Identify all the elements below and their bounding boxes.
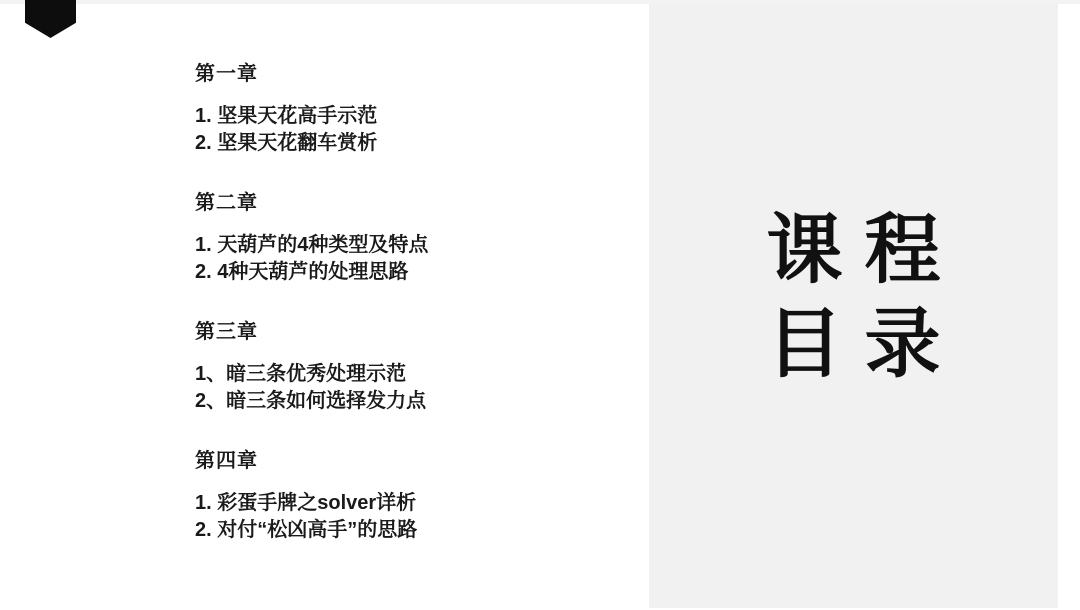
toc-item: 1、暗三条优秀处理示范 [195, 361, 428, 388]
toc-item: 2. 对付“松凶高手”的思路 [195, 517, 428, 544]
toc-section-chapter-3: 第三章 1、暗三条优秀处理示范 2、暗三条如何选择发力点 [195, 321, 428, 415]
toc-item: 1. 彩蛋手牌之solver详析 [195, 490, 428, 517]
bookmark-ribbon-icon [25, 0, 76, 38]
toc-item: 2. 坚果天花翻车赏析 [195, 130, 428, 157]
toc-section-chapter-1: 第一章 1. 坚果天花高手示范 2. 坚果天花翻车赏析 [195, 63, 428, 157]
chapter-heading: 第一章 [195, 63, 428, 86]
page-title-line-1: 课程 [745, 204, 963, 298]
table-of-contents: 第一章 1. 坚果天花高手示范 2. 坚果天花翻车赏析 第二章 1. 天葫芦的4… [195, 63, 428, 579]
chapter-heading: 第二章 [195, 192, 428, 215]
page-title-line-2: 目录 [745, 298, 963, 392]
page-title: 课程 目录 [745, 204, 963, 392]
toc-section-chapter-4: 第四章 1. 彩蛋手牌之solver详析 2. 对付“松凶高手”的思路 [195, 450, 428, 544]
title-panel: 课程 目录 [649, 4, 1058, 608]
toc-item: 2. 4种天葫芦的处理思路 [195, 259, 428, 286]
toc-item: 1. 天葫芦的4种类型及特点 [195, 232, 428, 259]
chapter-heading: 第四章 [195, 450, 428, 473]
slide-canvas: 第一章 1. 坚果天花高手示范 2. 坚果天花翻车赏析 第二章 1. 天葫芦的4… [0, 0, 1080, 610]
toc-section-chapter-2: 第二章 1. 天葫芦的4种类型及特点 2. 4种天葫芦的处理思路 [195, 192, 428, 286]
chapter-heading: 第三章 [195, 321, 428, 344]
toc-item: 2、暗三条如何选择发力点 [195, 388, 428, 415]
toc-item: 1. 坚果天花高手示范 [195, 103, 428, 130]
